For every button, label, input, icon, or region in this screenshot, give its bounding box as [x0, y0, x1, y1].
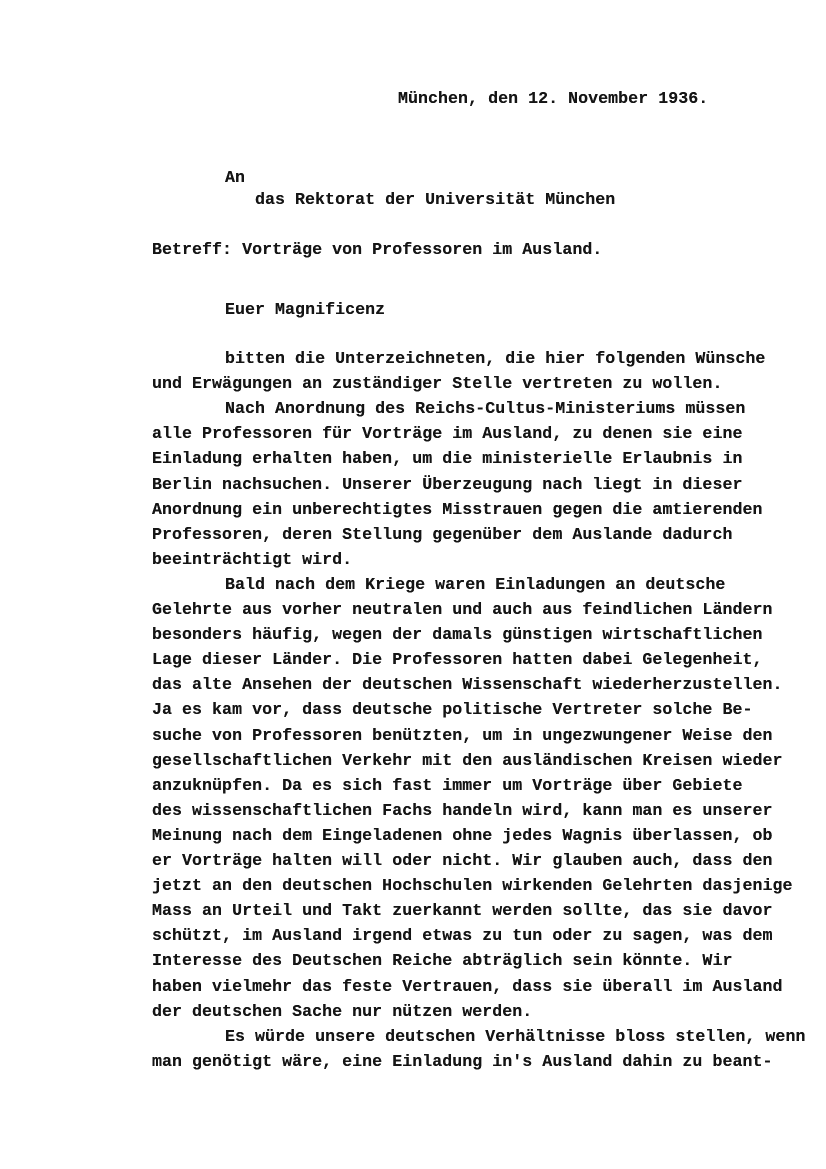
body-line: Es würde unsere deutschen Verhältnisse b…	[225, 1027, 805, 1047]
address-prefix: An	[225, 168, 245, 188]
body-line: des wissenschaftlichen Fachs handeln wir…	[152, 801, 773, 821]
dateline: München, den 12. November 1936.	[398, 89, 708, 109]
subject-line: Betreff: Vorträge von Professoren im Aus…	[152, 240, 602, 260]
body-line: suche von Professoren benützten, um in u…	[152, 726, 773, 746]
body-line: beeinträchtigt wird.	[152, 550, 352, 570]
body-line: Anordnung ein unberechtigtes Misstrauen …	[152, 500, 762, 520]
body-line: haben vielmehr das feste Vertrauen, dass…	[152, 977, 783, 997]
body-line: Meinung nach dem Eingeladenen ohne jedes…	[152, 826, 773, 846]
body-line: bitten die Unterzeichneten, die hier fol…	[225, 349, 765, 369]
body-line: Einladung erhalten haben, um die ministe…	[152, 449, 742, 469]
body-line: alle Professoren für Vorträge im Ausland…	[152, 424, 742, 444]
body-line: Bald nach dem Kriege waren Einladungen a…	[225, 575, 725, 595]
body-line: das alte Ansehen der deutschen Wissensch…	[152, 675, 783, 695]
body-line: und Erwägungen an zuständiger Stelle ver…	[152, 374, 722, 394]
body-line: Lage dieser Länder. Die Professoren hatt…	[152, 650, 762, 670]
body-line: Berlin nachsuchen. Unserer Überzeugung n…	[152, 475, 742, 495]
body-line: anzuknüpfen. Da es sich fast immer um Vo…	[152, 776, 742, 796]
body-line: Interesse des Deutschen Reiche abträglic…	[152, 951, 732, 971]
body-line: jetzt an den deutschen Hochschulen wirke…	[152, 876, 793, 896]
body-line: Ja es kam vor, dass deutsche politische …	[152, 700, 752, 720]
body-line: schützt, im Ausland irgend etwas zu tun …	[152, 926, 773, 946]
body-line: man genötigt wäre, eine Einladung in's A…	[152, 1052, 773, 1072]
body-line: Gelehrte aus vorher neutralen und auch a…	[152, 600, 773, 620]
body-line: Mass an Urteil und Takt zuerkannt werden…	[152, 901, 773, 921]
body-line: besonders häufig, wegen der damals günst…	[152, 625, 762, 645]
body-line: Nach Anordnung des Reichs-Cultus-Ministe…	[225, 399, 745, 419]
body-line: er Vorträge halten will oder nicht. Wir …	[152, 851, 773, 871]
body-line: Professoren, deren Stellung gegenüber de…	[152, 525, 732, 545]
recipient: das Rektorat der Universität München	[255, 190, 615, 210]
salutation: Euer Magnificenz	[225, 300, 385, 320]
typewritten-letter-page: München, den 12. November 1936. An das R…	[0, 0, 826, 1169]
body-line: gesellschaftlichen Verkehr mit den auslä…	[152, 751, 783, 771]
body-line: der deutschen Sache nur nützen werden.	[152, 1002, 532, 1022]
